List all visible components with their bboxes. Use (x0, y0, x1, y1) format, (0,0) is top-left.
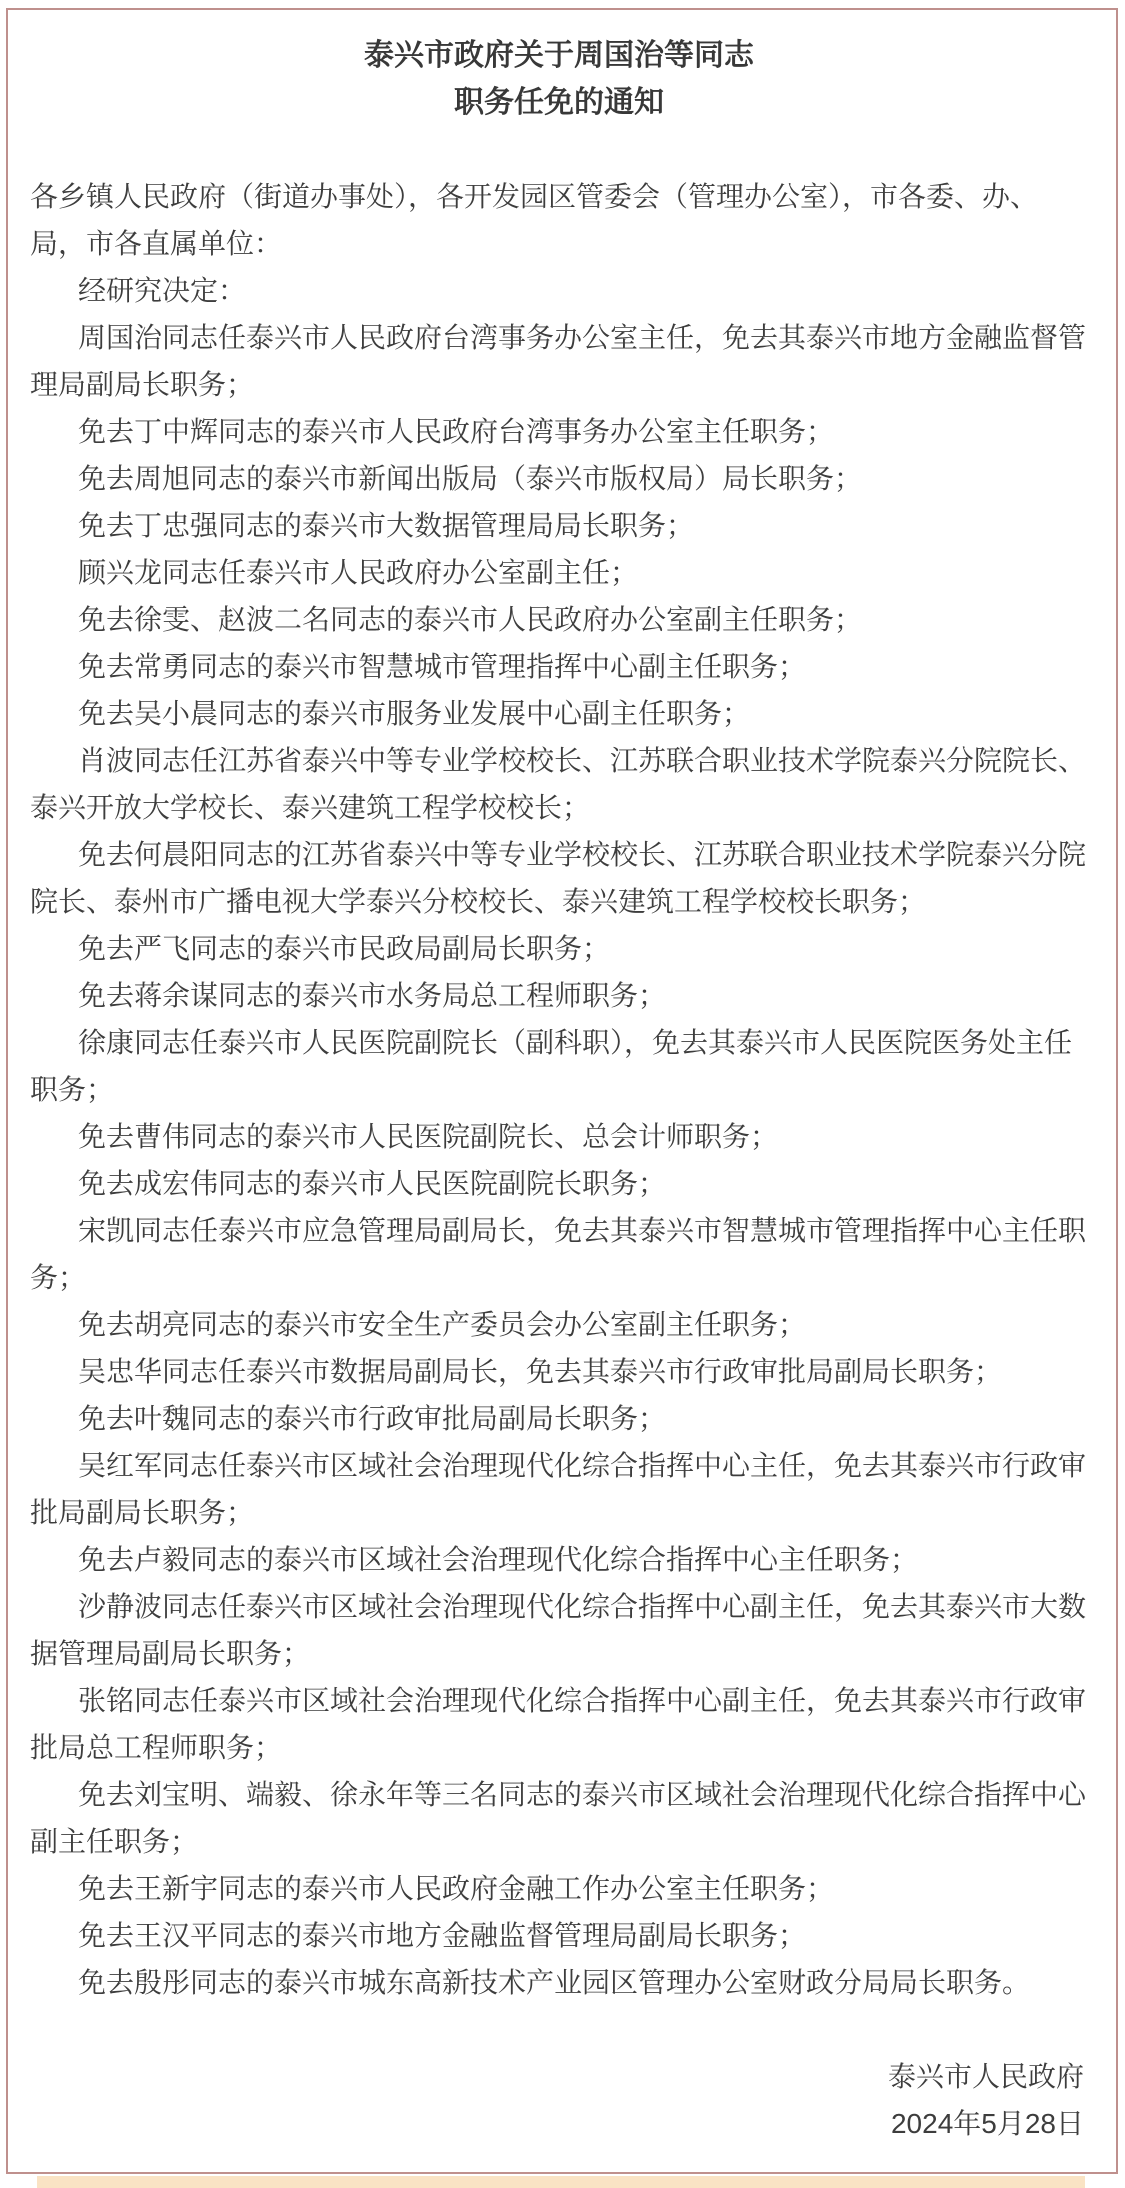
page: { "theme": { "border_color": "#bf908d", … (0, 0, 1125, 2188)
body-paragraph: 吴忠华同志任泰兴市数据局副局长，免去其泰兴市行政审批局副局长职务； (30, 1348, 1088, 1395)
body-paragraph: 免去卢毅同志的泰兴市区域社会治理现代化综合指挥中心主任职务； (30, 1536, 1088, 1583)
document-body: 经研究决定：周国治同志任泰兴市人民政府台湾事务办公室主任，免去其泰兴市地方金融监… (30, 267, 1088, 2006)
document-title-line-2: 职务任免的通知 (30, 79, 1088, 126)
notice-document-card: 泰兴市政府关于周国治等同志 职务任免的通知 各乡镇人民政府（街道办事处），各开发… (6, 8, 1118, 2174)
signature-block: 泰兴市人民政府 2024年5月28日 (30, 2053, 1088, 2147)
body-paragraph: 顾兴龙同志任泰兴市人民政府办公室副主任； (30, 549, 1088, 596)
body-paragraph: 免去周旭同志的泰兴市新闻出版局（泰兴市版权局）局长职务； (30, 455, 1088, 502)
bottom-strip (37, 2176, 1085, 2188)
body-paragraph: 免去严飞同志的泰兴市民政局副局长职务； (30, 925, 1088, 972)
body-paragraph: 免去丁中辉同志的泰兴市人民政府台湾事务办公室主任职务； (30, 408, 1088, 455)
body-paragraph: 免去殷彤同志的泰兴市城东高新技术产业园区管理办公室财政分局局长职务。 (30, 1959, 1088, 2006)
body-paragraph: 免去蒋余谋同志的泰兴市水务局总工程师职务； (30, 972, 1088, 1019)
body-paragraph: 宋凯同志任泰兴市应急管理局副局长，免去其泰兴市智慧城市管理指挥中心主任职务； (30, 1207, 1088, 1301)
body-paragraph: 张铭同志任泰兴市区域社会治理现代化综合指挥中心副主任，免去其泰兴市行政审批局总工… (30, 1677, 1088, 1771)
body-paragraph: 免去何晨阳同志的江苏省泰兴中等专业学校校长、江苏联合职业技术学院泰兴分院院长、泰… (30, 831, 1088, 925)
body-paragraph: 免去成宏伟同志的泰兴市人民医院副院长职务； (30, 1160, 1088, 1207)
issue-date: 2024年5月28日 (30, 2100, 1084, 2147)
document-title-line-1: 泰兴市政府关于周国治等同志 (30, 32, 1088, 79)
body-paragraph: 沙静波同志任泰兴市区域社会治理现代化综合指挥中心副主任，免去其泰兴市大数据管理局… (30, 1583, 1088, 1677)
body-paragraph: 免去叶魏同志的泰兴市行政审批局副局长职务； (30, 1395, 1088, 1442)
body-paragraph: 免去王新宇同志的泰兴市人民政府金融工作办公室主任职务； (30, 1865, 1088, 1912)
body-paragraph: 免去曹伟同志的泰兴市人民医院副院长、总会计师职务； (30, 1113, 1088, 1160)
body-paragraph: 周国治同志任泰兴市人民政府台湾事务办公室主任，免去其泰兴市地方金融监督管理局副局… (30, 314, 1088, 408)
body-paragraph: 免去常勇同志的泰兴市智慧城市管理指挥中心副主任职务； (30, 643, 1088, 690)
body-paragraph: 徐康同志任泰兴市人民医院副院长（副科职），免去其泰兴市人民医院医务处主任职务； (30, 1019, 1088, 1113)
body-paragraph: 免去王汉平同志的泰兴市地方金融监督管理局副局长职务； (30, 1912, 1088, 1959)
body-paragraph: 免去刘宝明、端毅、徐永年等三名同志的泰兴市区域社会治理现代化综合指挥中心副主任职… (30, 1771, 1088, 1865)
issuer-signature: 泰兴市人民政府 (30, 2053, 1084, 2100)
body-paragraph: 经研究决定： (30, 267, 1088, 314)
body-paragraph: 肖波同志任江苏省泰兴中等专业学校校长、江苏联合职业技术学院泰兴分院院长、泰兴开放… (30, 737, 1088, 831)
body-paragraph: 吴红军同志任泰兴市区域社会治理现代化综合指挥中心主任，免去其泰兴市行政审批局副局… (30, 1442, 1088, 1536)
body-paragraph: 免去吴小晨同志的泰兴市服务业发展中心副主任职务； (30, 690, 1088, 737)
body-paragraph: 免去徐雯、赵波二名同志的泰兴市人民政府办公室副主任职务； (30, 596, 1088, 643)
salutation: 各乡镇人民政府（街道办事处），各开发园区管委会（管理办公室），市各委、办、局，市… (30, 173, 1088, 267)
body-paragraph: 免去丁忠强同志的泰兴市大数据管理局局长职务； (30, 502, 1088, 549)
body-paragraph: 免去胡亮同志的泰兴市安全生产委员会办公室副主任职务； (30, 1301, 1088, 1348)
document-title: 泰兴市政府关于周国治等同志 职务任免的通知 (30, 32, 1088, 126)
